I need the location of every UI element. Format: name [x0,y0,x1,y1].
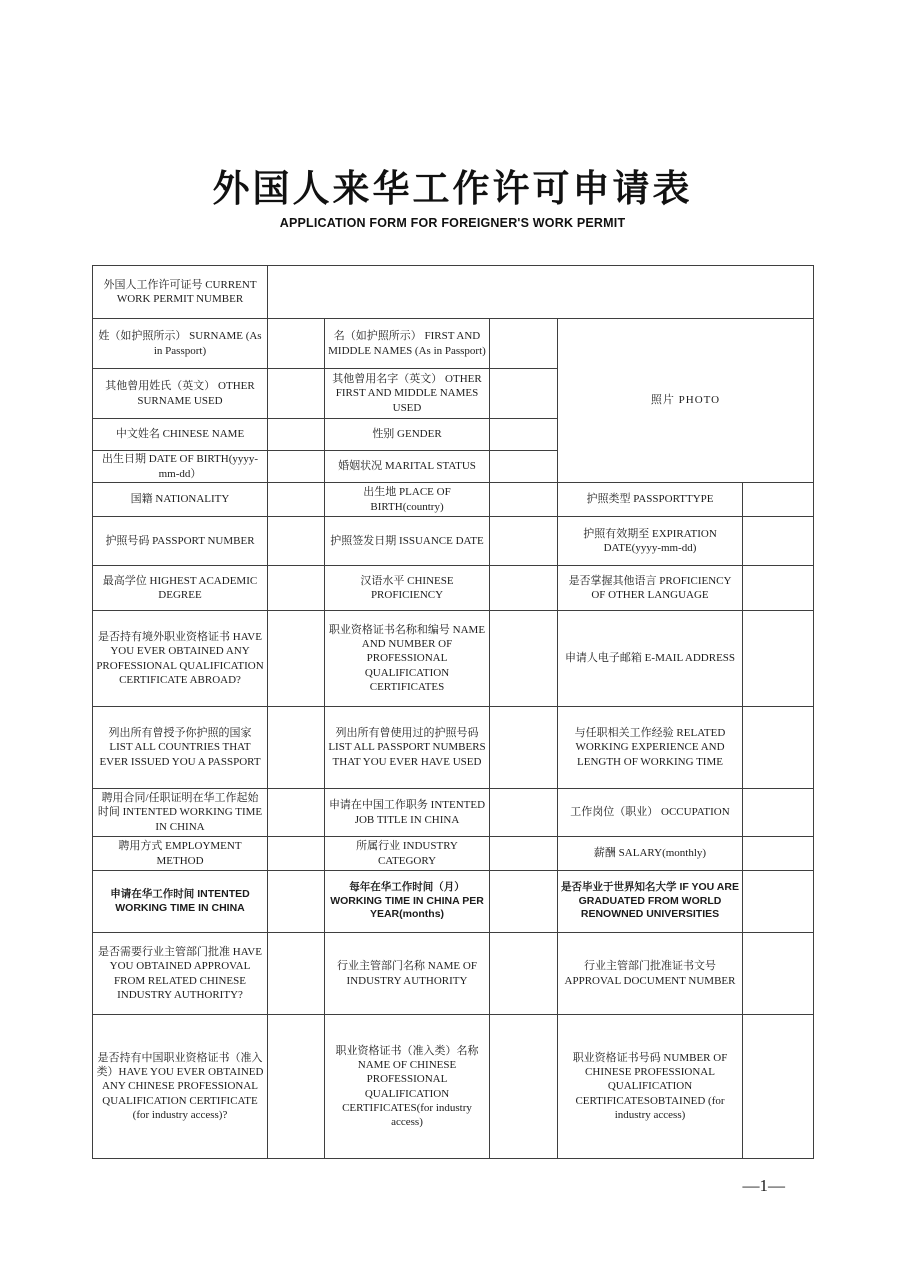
value-qualification-abroad [268,611,325,707]
value-intended-start-time [268,789,325,837]
field-world-renowned-university: 是否毕业于世界知名大学 IF YOU ARE GRADUATED FROM WO… [558,871,743,933]
form-subtitle: APPLICATION FORM FOR FOREIGNER'S WORK PE… [0,216,905,230]
table-row: 国籍 NATIONALITY 出生地 PLACE OF BIRTH(countr… [93,483,814,517]
value-expiration-date [743,517,814,566]
table-row: 聘用合同/任职证明在华工作起始时间 INTENTED WORKING TIME … [93,789,814,837]
field-working-time-per-year: 每年在华工作时间（月） WORKING TIME IN CHINA PER YE… [325,871,490,933]
table-row: 是否持有中国职业资格证书（准入类）HAVE YOU EVER OBTAINED … [93,1015,814,1159]
field-nationality: 国籍 NATIONALITY [93,483,268,517]
value-place-of-birth [490,483,558,517]
value-passport-type [743,483,814,517]
field-email: 申请人电子邮箱 E-MAIL ADDRESS [558,611,743,707]
value-chinese-name [268,419,325,451]
table-row: 外国人工作许可证号 CURRENT WORK PERMIT NUMBER [93,266,814,319]
field-approval-document-number: 行业主管部门批准证书文号 APPROVAL DOCUMENT NUMBER [558,933,743,1015]
value-passport-numbers-used [490,707,558,789]
application-form-table: 外国人工作许可证号 CURRENT WORK PERMIT NUMBER 姓（如… [92,265,814,1159]
field-other-language: 是否掌握其他语言 PROFICIENCY OF OTHER LANGUAGE [558,566,743,611]
field-chinese-proficiency: 汉语水平 CHINESE PROFICIENCY [325,566,490,611]
table-row: 是否需要行业主管部门批准 HAVE YOU OBTAINED APPROVAL … [93,933,814,1015]
value-working-time-per-year [490,871,558,933]
value-issuance-date [490,517,558,566]
value-job-title [490,789,558,837]
value-employment-method [268,837,325,871]
field-industry-approval: 是否需要行业主管部门批准 HAVE YOU OBTAINED APPROVAL … [93,933,268,1015]
page-number: —1— [92,1176,813,1196]
field-expiration-date: 护照有效期至 EXPIRATION DATE(yyyy-mm-dd) [558,517,743,566]
field-chinese-qualification-name: 职业资格证书（准入类）名称 NAME OF CHINESE PROFESSION… [325,1015,490,1159]
field-industry-category: 所属行业 INDUSTRY CATEGORY [325,837,490,871]
field-marital-status: 婚姻状况 MARITAL STATUS [325,451,490,483]
value-chinese-qualification-name [490,1015,558,1159]
value-chinese-qualification-number [743,1015,814,1159]
value-gender [490,419,558,451]
field-intended-start-time: 聘用合同/任职证明在华工作起始时间 INTENTED WORKING TIME … [93,789,268,837]
field-gender: 性别 GENDER [325,419,490,451]
value-email [743,611,814,707]
value-qualification-name-number [490,611,558,707]
field-other-surname: 其他曾用姓氏（英文） OTHER SURNAME USED [93,369,268,419]
field-qualification-name-number: 职业资格证书名称和编号 NAME AND NUMBER OF PROFESSIO… [325,611,490,707]
field-passport-numbers-used: 列出所有曾使用过的护照号码 LIST ALL PASSPORT NUMBERS … [325,707,490,789]
document-page: 外国人来华工作许可申请表 APPLICATION FORM FOR FOREIG… [0,0,905,1280]
field-employment-method: 聘用方式 EMPLOYMENT METHOD [93,837,268,871]
value-related-experience [743,707,814,789]
value-passport-countries [268,707,325,789]
value-occupation [743,789,814,837]
field-occupation: 工作岗位（职业） OCCUPATION [558,789,743,837]
value-current-work-permit-number [268,266,814,319]
field-passport-number: 护照号码 PASSPORT NUMBER [93,517,268,566]
value-salary [743,837,814,871]
field-place-of-birth: 出生地 PLACE OF BIRTH(country) [325,483,490,517]
value-marital-status [490,451,558,483]
field-chinese-name: 中文姓名 CHINESE NAME [93,419,268,451]
table-row: 申请在华工作时间 INTENTED WORKING TIME IN CHINA … [93,871,814,933]
value-industry-approval [268,933,325,1015]
field-current-work-permit-number: 外国人工作许可证号 CURRENT WORK PERMIT NUMBER [93,266,268,319]
field-related-experience: 与任职相关工作经验 RELATED WORKING EXPERIENCE AND… [558,707,743,789]
field-issuance-date: 护照签发日期 ISSUANCE DATE [325,517,490,566]
field-job-title: 申请在中国工作职务 INTENTED JOB TITLE IN CHINA [325,789,490,837]
field-highest-degree: 最高学位 HIGHEST ACADEMIC DEGREE [93,566,268,611]
value-chinese-qualification [268,1015,325,1159]
field-chinese-qualification: 是否持有中国职业资格证书（准入类）HAVE YOU EVER OBTAINED … [93,1015,268,1159]
field-first-middle-names: 名（如护照所示） FIRST AND MIDDLE NAMES (As in P… [325,319,490,369]
value-nationality [268,483,325,517]
value-world-renowned-university [743,871,814,933]
value-intended-working-time [268,871,325,933]
field-passport-type: 护照类型 PASSPORTTYPE [558,483,743,517]
value-industry-authority-name [490,933,558,1015]
table-row: 聘用方式 EMPLOYMENT METHOD 所属行业 INDUSTRY CAT… [93,837,814,871]
field-chinese-qualification-number: 职业资格证书号码 NUMBER OF CHINESE PROFESSIONAL … [558,1015,743,1159]
value-other-first-middle [490,369,558,419]
form-title: 外国人来华工作许可申请表 [0,158,905,212]
value-first-middle-names [490,319,558,369]
field-other-first-middle: 其他曾用名字（英文） OTHER FIRST AND MIDDLE NAMES … [325,369,490,419]
photo-cell: 照片 PHOTO [558,319,814,483]
field-intended-working-time: 申请在华工作时间 INTENTED WORKING TIME IN CHINA [93,871,268,933]
value-other-surname [268,369,325,419]
value-highest-degree [268,566,325,611]
field-industry-authority-name: 行业主管部门名称 NAME OF INDUSTRY AUTHORITY [325,933,490,1015]
field-passport-countries: 列出所有曾授予你护照的国家 LIST ALL COUNTRIES THAT EV… [93,707,268,789]
value-passport-number [268,517,325,566]
table-row: 列出所有曾授予你护照的国家 LIST ALL COUNTRIES THAT EV… [93,707,814,789]
field-date-of-birth: 出生日期 DATE OF BIRTH(yyyy-mm-dd） [93,451,268,483]
value-chinese-proficiency [490,566,558,611]
value-other-language [743,566,814,611]
value-industry-category [490,837,558,871]
value-approval-document-number [743,933,814,1015]
value-date-of-birth [268,451,325,483]
value-surname [268,319,325,369]
table-row: 护照号码 PASSPORT NUMBER 护照签发日期 ISSUANCE DAT… [93,517,814,566]
field-surname: 姓（如护照所示） SURNAME (As in Passport) [93,319,268,369]
table-row: 姓（如护照所示） SURNAME (As in Passport) 名（如护照所… [93,319,814,369]
table-row: 是否持有境外职业资格证书 HAVE YOU EVER OBTAINED ANY … [93,611,814,707]
field-qualification-abroad: 是否持有境外职业资格证书 HAVE YOU EVER OBTAINED ANY … [93,611,268,707]
field-salary: 薪酬 SALARY(monthly) [558,837,743,871]
table-row: 最高学位 HIGHEST ACADEMIC DEGREE 汉语水平 CHINES… [93,566,814,611]
